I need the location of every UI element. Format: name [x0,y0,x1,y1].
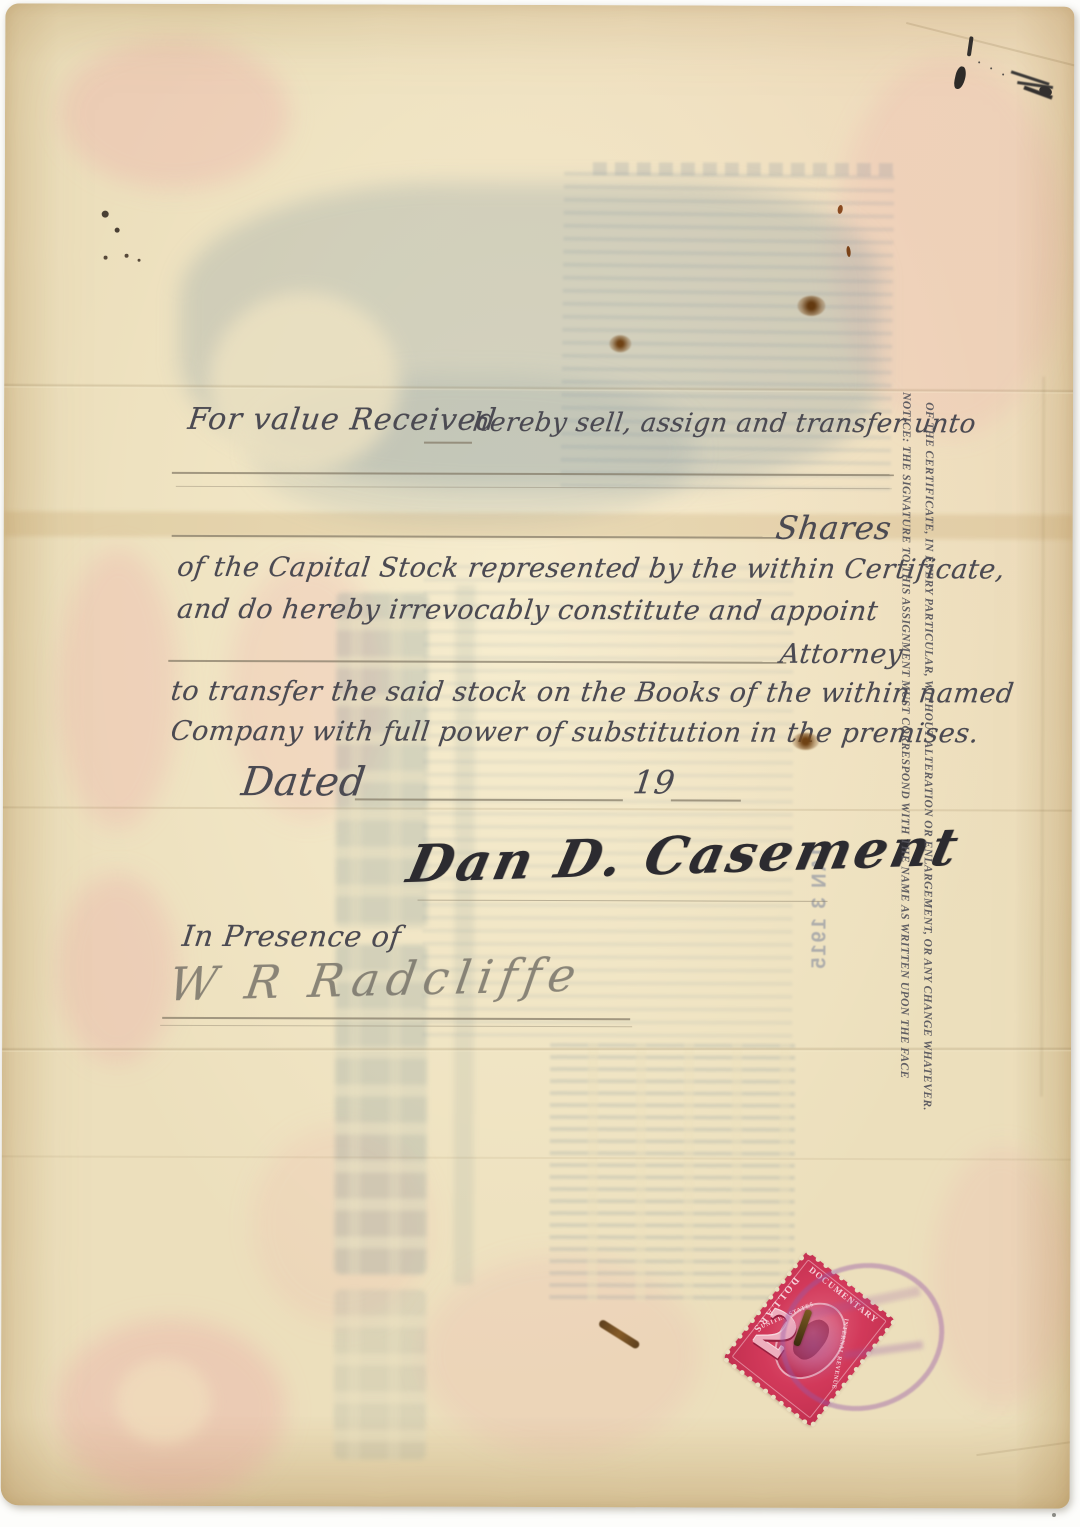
dust-speck-outside [1052,1513,1056,1517]
fold-crease-lower [2,1047,1071,1052]
signature-rule [418,900,828,902]
blank-rule-transferee [172,472,894,476]
in-presence-of-label: In Presence of [180,919,403,954]
pink-tint [931,1146,1072,1406]
ink-speck [104,256,108,260]
pink-tint [57,873,178,1063]
notice-text-line-2: OF THE CERTIFICATE, IN EVERY PARTICULAR,… [921,402,935,1094]
witness-rule-2 [160,1025,632,1027]
pink-tint [421,1255,702,1456]
ink-speck [115,228,120,233]
pen-dot [990,67,992,69]
witness-signature: W R Radcliffe [165,948,586,1011]
pen-dot [1002,73,1004,75]
blank-rule-date [355,798,623,801]
crease-corner-bottomright [976,1435,1074,1456]
ghost-medallion-core [116,1359,211,1444]
for-value-received-label: For value Received [186,402,499,438]
brown-stain [797,296,825,316]
witness-rule [162,1017,630,1020]
pink-tint [60,38,290,189]
ghost-vignette-lower [254,374,694,525]
dated-label: Dated [239,759,369,805]
crease-faint-middle [3,806,1072,811]
scanned-certificate-photo: JAN 3 1915 For value Received hereby sel… [0,0,1080,1527]
ink-speck [138,259,141,262]
blank-rule-year [671,799,741,801]
blank-rule-transferee-2 [176,486,892,489]
pink-tint [58,548,179,828]
attorney-label: Attorney [778,639,894,670]
ghost-vignette-hole [209,292,400,473]
ink-speck [102,211,109,218]
ghost-vignette-eagle [179,182,880,489]
transfer-books-line-1: to transfer the said stock on the Books … [169,676,1016,710]
shares-label: Shares [774,509,893,547]
principal-signature: Dan D. Casement [402,817,966,895]
brown-stain [792,733,819,750]
certificate-paper: JAN 3 1915 For value Received hereby sel… [1,3,1075,1508]
blank-rule-short [424,442,472,444]
crease-faint-bottom [2,1155,1071,1160]
ink-speck [125,254,129,258]
brown-stain [609,335,631,352]
transfer-books-line-2: Company with full power of substitution … [169,716,981,750]
pen-dot [978,61,980,63]
crease-vertical-right [1040,377,1045,1097]
year-prefix: 19 [631,763,678,801]
notice-text-line-1: NOTICE: THE SIGNATURE TO THIS ASSIGNMENT… [898,392,912,1092]
pink-tint [251,1124,432,1325]
capital-stock-line-1: of the Capital Stock represented by the … [176,552,1007,586]
pink-tint [834,56,1065,437]
capital-stock-line-2: and do hereby irrevocably constitute and… [175,594,880,627]
